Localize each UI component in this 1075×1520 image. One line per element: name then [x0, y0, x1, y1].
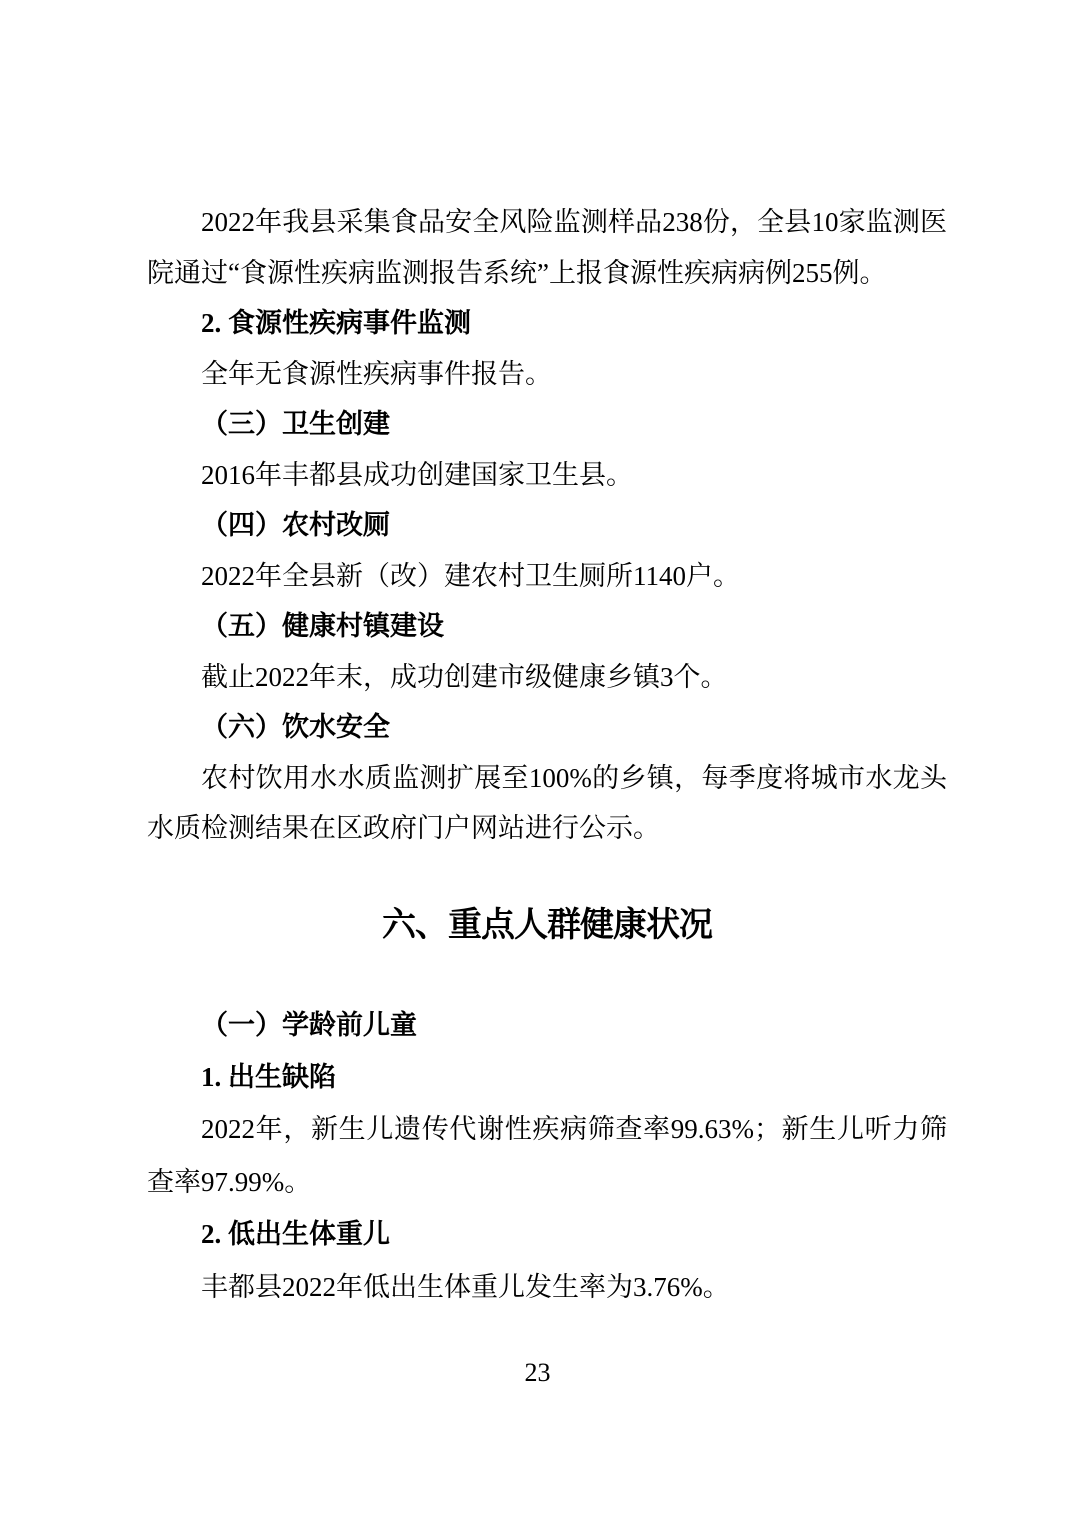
para-rural-toilet-renovation: 2022年全县新（改）建农村卫生厕所1140户。	[147, 551, 947, 602]
section-key-population: （一）学龄前儿童 1. 出生缺陷 2022年，新生儿遗传代谢性疾病筛查率99.6…	[147, 999, 947, 1313]
heading-birth-defects: 1. 出生缺陷	[147, 1051, 947, 1103]
para-drinking-water-line-1: 农村饮用水水质监测扩展至100%的乡镇，每季度将城市水龙头	[147, 753, 947, 804]
para-birth-defects-line-2: 查率97.99%。	[147, 1156, 947, 1208]
para-healthy-village-construction: 截止2022年末，成功创建市级健康乡镇3个。	[147, 652, 947, 703]
document-body: 2022年我县采集食品安全风险监测样品238份，全县10家监测医 院通过“食源性…	[147, 197, 947, 1313]
section-public-health: 2022年我县采集食品安全风险监测样品238份，全县10家监测医 院通过“食源性…	[147, 197, 947, 854]
para-sanitation-creation: 2016年丰都县成功创建国家卫生县。	[147, 450, 947, 501]
heading-rural-toilet-renovation: （四）农村改厕	[147, 500, 947, 551]
heading-sanitation-creation: （三）卫生创建	[147, 399, 947, 450]
para-birth-defects-line-1: 2022年，新生儿遗传代谢性疾病筛查率99.63%；新生儿听力筛	[147, 1103, 947, 1155]
heading-drinking-water-safety: （六）饮水安全	[147, 702, 947, 753]
para-foodborne-event: 全年无食源性疾病事件报告。	[147, 349, 947, 400]
heading-low-birth-weight: 2. 低出生体重儿	[147, 1208, 947, 1260]
para-drinking-water-line-2: 水质检测结果在区政府门户网站进行公示。	[147, 803, 947, 854]
heading-preschool-children: （一）学龄前儿童	[147, 999, 947, 1051]
para-food-risk-line-2: 院通过“食源性疾病监测报告系统”上报食源性疾病病例255例。	[147, 248, 947, 299]
page-number: 23	[0, 1357, 1075, 1389]
chapter-heading-key-population-health: 六、重点人群健康状况	[147, 898, 947, 954]
para-food-risk-line-1: 2022年我县采集食品安全风险监测样品238份，全县10家监测医	[147, 197, 947, 248]
document-page: 2022年我县采集食品安全风险监测样品238份，全县10家监测医 院通过“食源性…	[0, 0, 1075, 1520]
heading-healthy-village-construction: （五）健康村镇建设	[147, 601, 947, 652]
heading-foodborne-event-monitoring: 2. 食源性疾病事件监测	[147, 298, 947, 349]
para-low-birth-weight: 丰都县2022年低出生体重儿发生率为3.76%。	[147, 1261, 947, 1313]
